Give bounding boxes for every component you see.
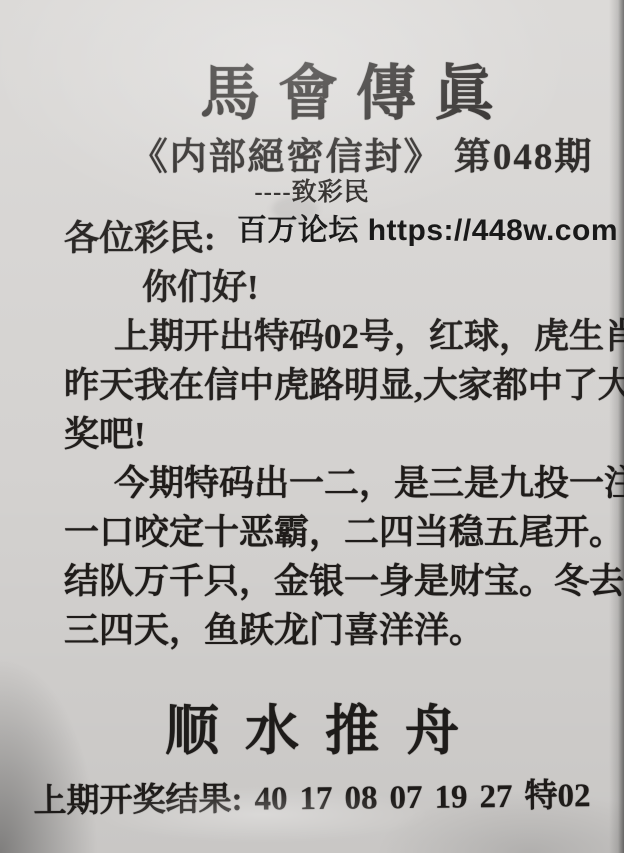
letter-line-2: 昨天我在信中虎路明显,大家都中了大 [64,361,610,410]
special-prefix: 特 [524,778,557,814]
letter-line-4: 今期特码出一二，是三是九投一注。 [64,459,610,508]
results-label: 上期开奖结果: [33,773,242,822]
result-number-3: 08 [344,780,377,817]
special-number: 02 [557,778,590,814]
paper-smudge [272,196,318,222]
letter-line-6: 结队万千只，金银一身是财宝。冬去秋来 [64,557,610,606]
result-number-2: 17 [299,781,332,818]
result-number-1: 40 [254,781,287,818]
letter-body: 各位彩民: 你们好! 上期开出特码02号，红球，虎生肖。 昨天我在信中虎路明显,… [64,214,610,655]
greeting: 你们好! [64,263,610,312]
page-title: 馬會傳眞 [0,46,624,132]
letter-line-5: 一口咬定十恶霸，二四当稳五尾开。成群 [64,508,610,557]
letter-line-3: 奖吧! [64,410,610,459]
lottery-fax-photo: 馬會傳眞 《内部絕密信封》 第048期 ----致彩民 百万论坛 https:/… [0,0,624,853]
letter-line-7: 三四天，鱼跃龙门喜洋洋。 [64,606,610,655]
result-special: 特02 [524,769,590,817]
letter-line-1: 上期开出特码02号，红球，虎生肖。 [64,312,610,361]
idiom-title: 顺水推舟 [0,688,624,765]
result-number-5: 19 [434,779,467,816]
result-number-4: 07 [389,780,422,817]
results-line: 上期开奖结果: 40 17 08 07 19 27 特02 [0,769,624,823]
result-number-6: 27 [479,779,512,816]
salutation: 各位彩民: [64,214,610,263]
